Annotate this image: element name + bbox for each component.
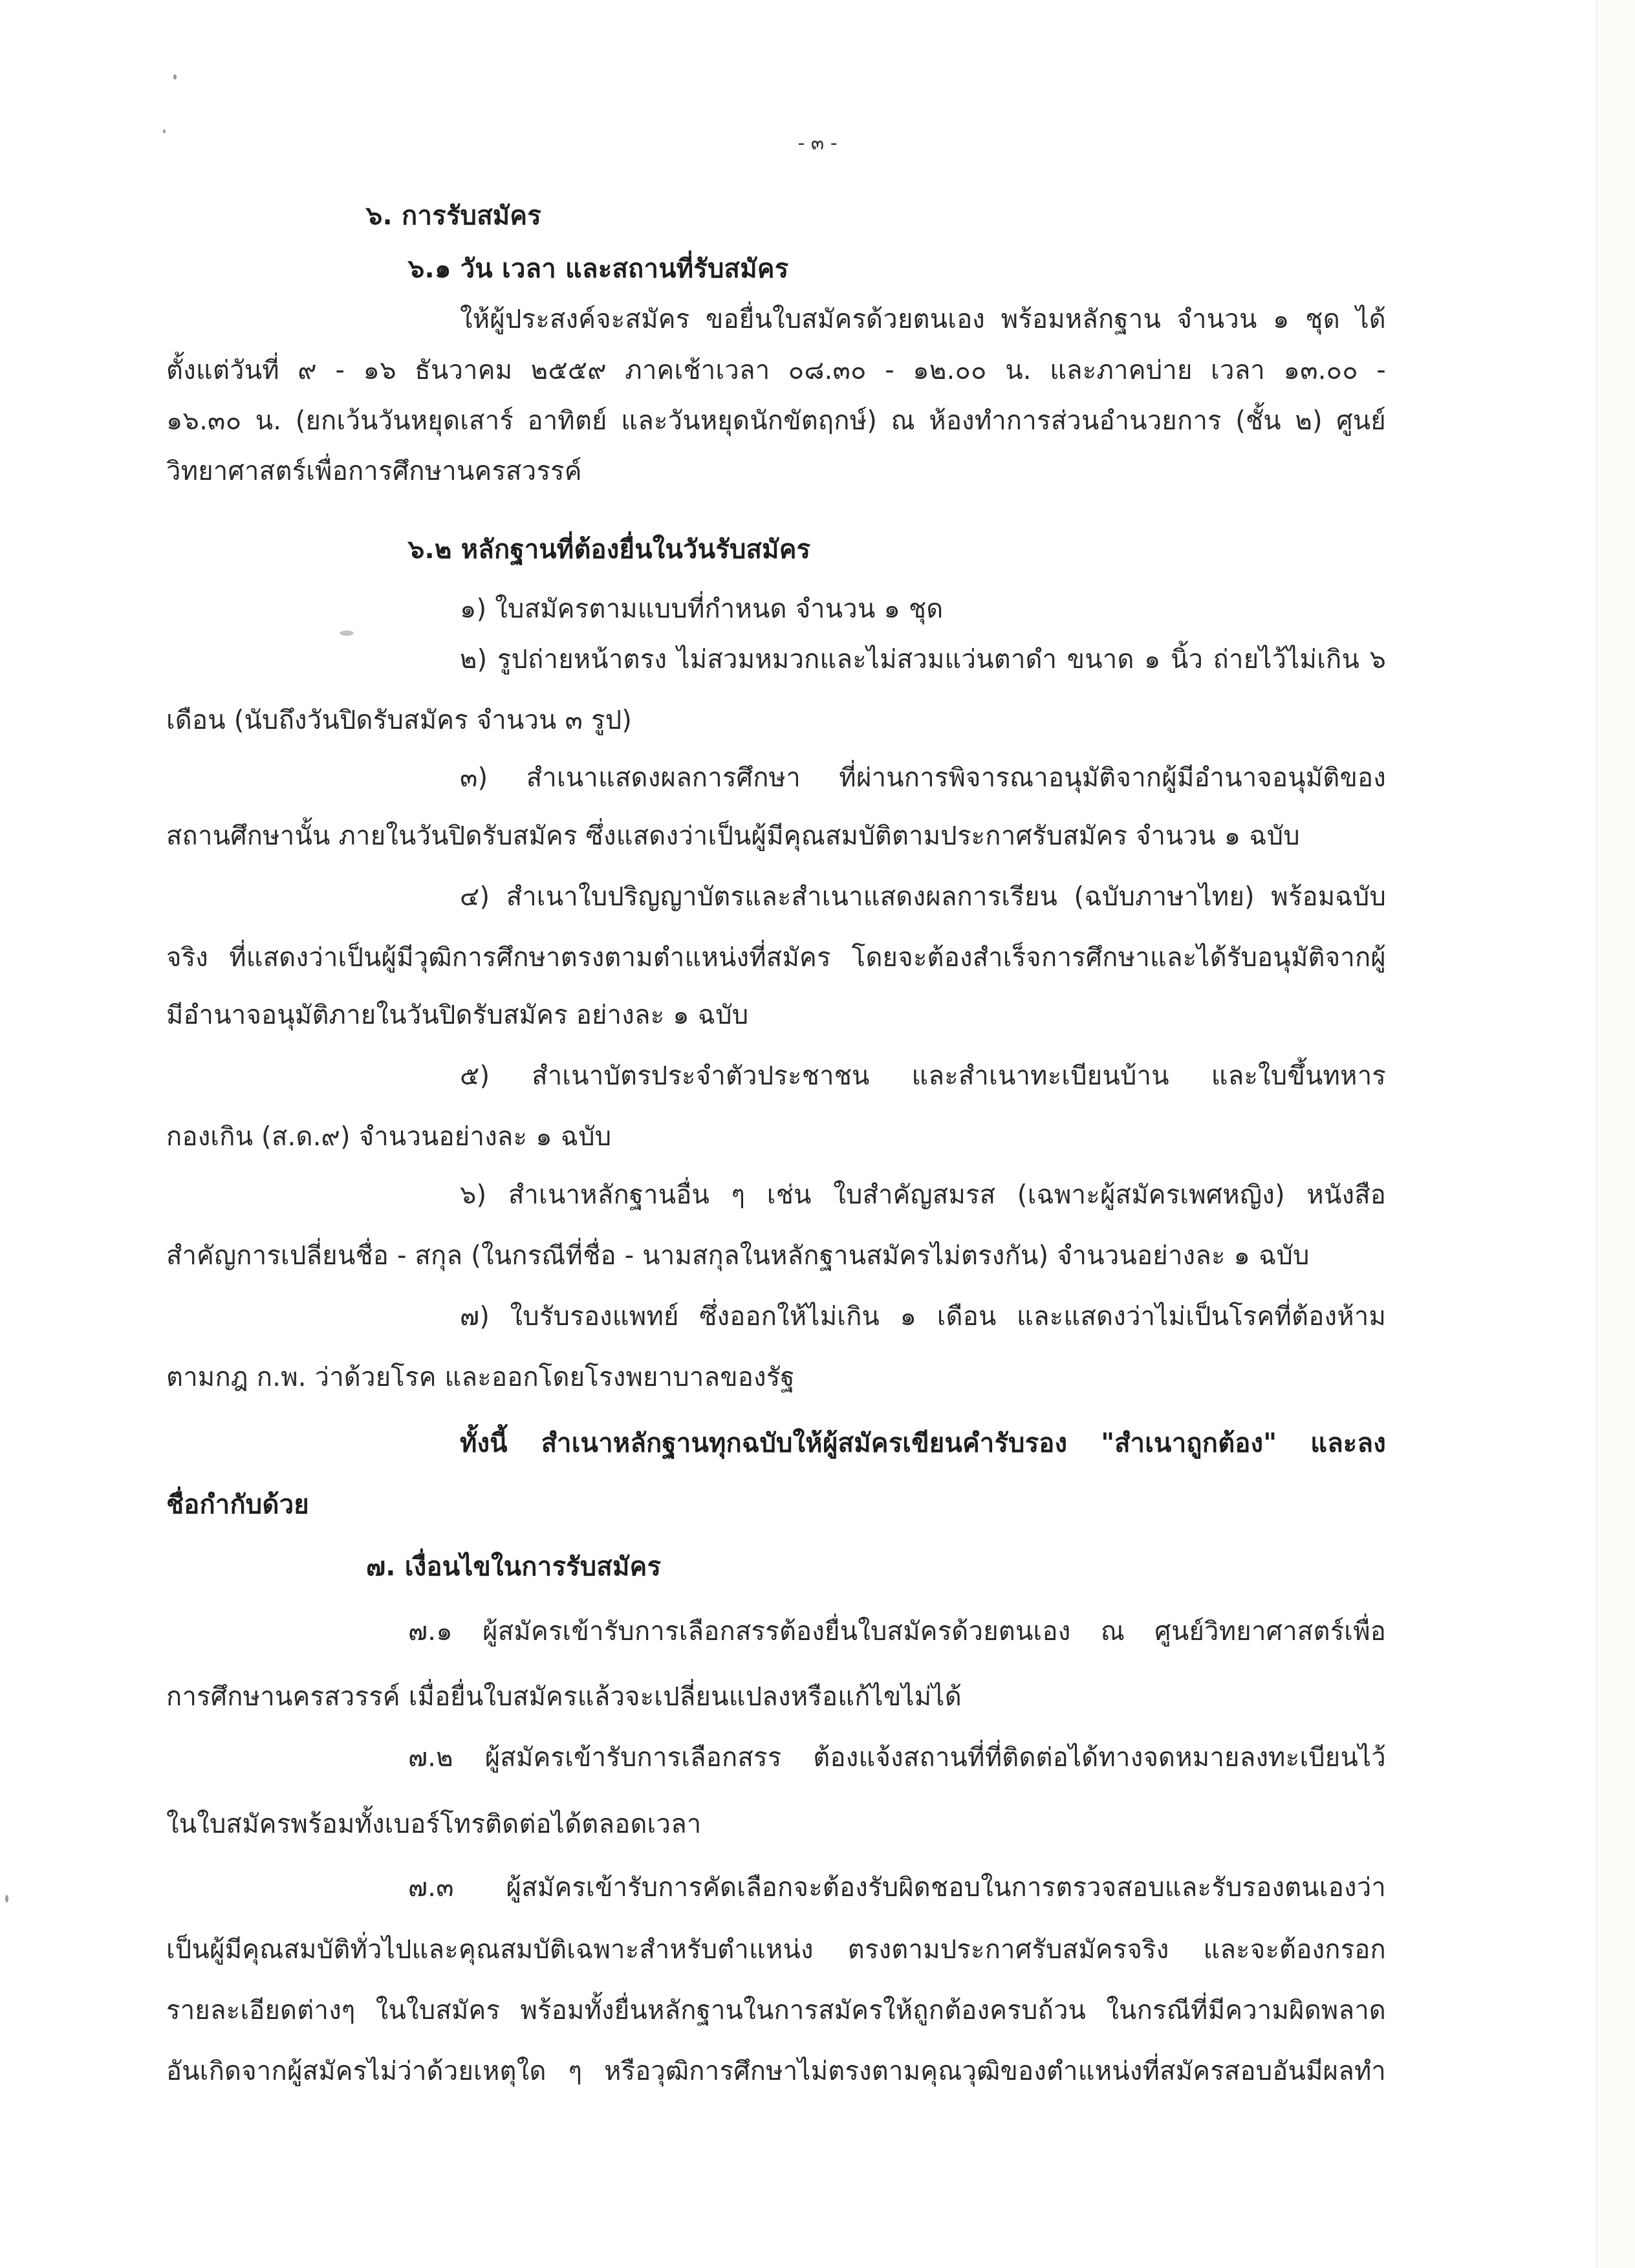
condition-7-3: ๗.๓ ผู้สมัครเข้ารับการคัดเลือกจะต้องรับผ… [408, 1870, 1386, 1906]
evidence-item-3-cont: สถานศึกษานั้น ภายในวันปิดรับสมัคร ซึ่งแส… [166, 818, 1300, 854]
evidence-item-1: ๑) ใบสมัครตามแบบที่กำหนด จำนวน ๑ ชุด [460, 591, 943, 627]
evidence-item-2: ๒) รูปถ่ายหน้าตรง ไม่สวมหมวกและไม่สวมแว่… [460, 642, 1386, 678]
evidence-item-2-cont: เดือน (นับถึงวันปิดรับสมัคร จำนวน ๓ รูป) [166, 702, 632, 739]
scan-edge [1596, 0, 1635, 2268]
section-6-heading: ๖. การรับสมัคร [366, 198, 541, 234]
evidence-item-5-cont: กองเกิน (ส.ด.๙) จำนวนอย่างละ ๑ ฉบับ [166, 1119, 611, 1155]
evidence-item-4: ๔) สำเนาใบปริญญาบัตรและสำเนาแสดงผลการเรี… [460, 879, 1386, 915]
section-6-1-heading: ๖.๑ วัน เวลา และสถานที่รับสมัคร [408, 251, 788, 287]
evidence-item-4-cont: จริง ที่แสดงว่าเป็นผู้มีวุฒิการศึกษาตรงต… [166, 940, 1386, 976]
condition-7-1-cont: การศึกษานครสวรรค์ เมื่อยื่นใบสมัครแล้วจะ… [166, 1679, 962, 1715]
paragraph-line: ตั้งแต่วันที่ ๙ - ๑๖ ธันวาคม ๒๕๕๙ ภาคเช้… [166, 352, 1386, 389]
condition-7-2: ๗.๒ ผู้สมัครเข้ารับการเลือกสรร ต้องแจ้งส… [408, 1740, 1386, 1776]
evidence-item-5: ๕) สำเนาบัตรประจำตัวประชาชน และสำเนาทะเบ… [460, 1058, 1386, 1094]
page-number: - ๓ - [0, 128, 1635, 158]
condition-7-3-cont: เป็นผู้มีคุณสมบัติทั่วไปและคุณสมบัติเฉพา… [166, 1932, 1386, 1968]
paragraph-line: ๑๖.๓๐ น. (ยกเว้นวันหยุดเสาร์ อาทิตย์ และ… [166, 403, 1386, 439]
scan-speck [173, 74, 177, 80]
evidence-item-6: ๖) สำเนาหลักฐานอื่น ๆ เช่น ใบสำคัญสมรส (… [460, 1177, 1386, 1213]
certification-note: ทั้งนี้ สำเนาหลักฐานทุกฉบับให้ผู้สมัครเข… [460, 1425, 1386, 1462]
evidence-item-6-cont: สำคัญการเปลี่ยนชื่อ - สกุล (ในกรณีที่ชื่… [166, 1238, 1310, 1274]
section-7-heading: ๗. เงื่อนไขในการรับสมัคร [366, 1549, 661, 1585]
scan-speck [340, 631, 354, 636]
evidence-item-7-cont: ตามกฎ ก.พ. ว่าด้วยโรค และออกโดยโรงพยาบาล… [166, 1359, 795, 1396]
certification-note-cont: ชื่อกำกับด้วย [166, 1487, 309, 1523]
paragraph-line: ให้ผู้ประสงค์จะสมัคร ขอยื่นใบสมัครด้วยตน… [460, 301, 1386, 338]
paragraph-line: วิทยาศาสตร์เพื่อการศึกษานครสวรรค์ [166, 453, 582, 490]
section-6-2-heading: ๖.๒ หลักฐานที่ต้องยื่นในวันรับสมัคร [408, 532, 810, 568]
evidence-item-4-cont: มีอำนาจอนุมัติภายในวันปิดรับสมัคร อย่างล… [166, 997, 748, 1033]
evidence-item-3: ๓) สำเนาแสดงผลการศึกษา ที่ผ่านการพิจารณา… [460, 760, 1386, 796]
condition-7-3-cont: รายละเอียดต่างๆ ในใบสมัคร พร้อมทั้งยื่นห… [166, 1993, 1386, 2029]
condition-7-3-cont: อันเกิดจากผู้สมัครไม่ว่าด้วยเหตุใด ๆ หรื… [166, 2053, 1386, 2090]
condition-7-1: ๗.๑ ผู้สมัครเข้ารับการเลือกสรรต้องยื่นใบ… [408, 1614, 1386, 1650]
condition-7-2-cont: ในใบสมัครพร้อมทั้งเบอร์โทรติดต่อได้ตลอดเ… [166, 1806, 702, 1842]
evidence-item-7: ๗) ใบรับรองแพทย์ ซึ่งออกให้ไม่เกิน ๑ เดื… [460, 1299, 1386, 1335]
scan-speck [5, 1895, 8, 1903]
